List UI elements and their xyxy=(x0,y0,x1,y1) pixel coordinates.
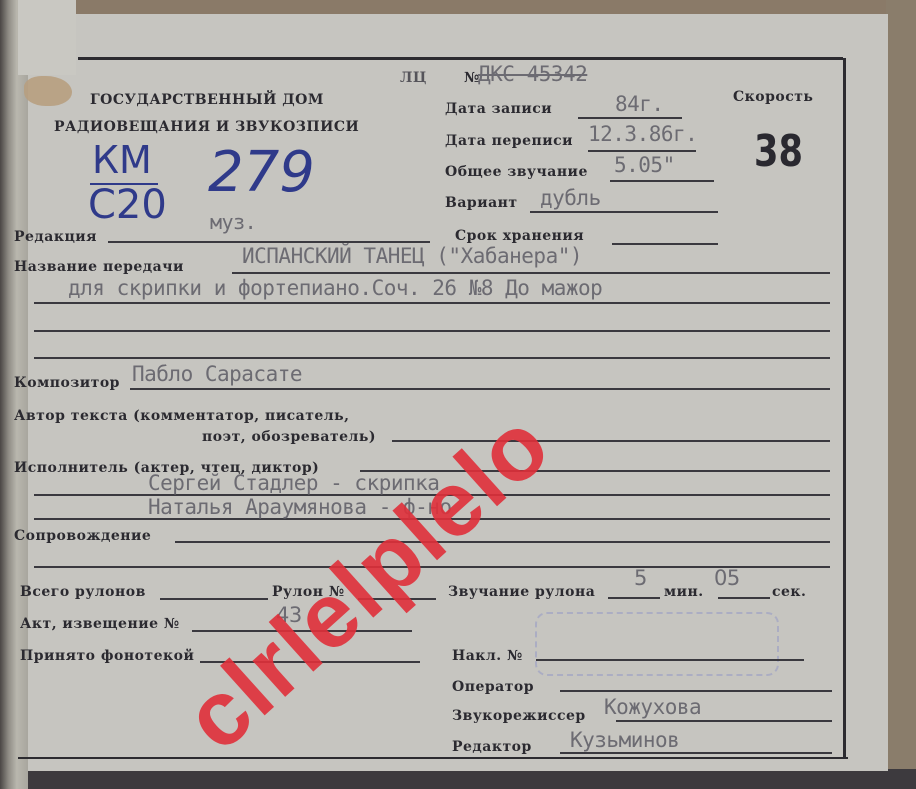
operator-line xyxy=(560,690,832,692)
blank-line-1 xyxy=(34,330,830,332)
composer-value: Пабло Сарасате xyxy=(132,362,302,386)
speed-label: Скорость xyxy=(733,89,813,105)
faded-blue-stamp xyxy=(535,612,779,676)
roll-sec-value: 05 xyxy=(714,566,740,590)
editorial-line xyxy=(108,241,430,243)
variant-line xyxy=(530,211,718,213)
editor-value: Кузьминов xyxy=(570,728,679,752)
frame-top-line xyxy=(78,57,843,60)
sound-engineer-line xyxy=(616,720,832,722)
handwritten-code-top: КМ xyxy=(92,138,152,182)
total-rolls-line xyxy=(160,598,268,600)
total-rolls-label: Всего рулонов xyxy=(20,584,146,600)
speed-value: 38 xyxy=(754,126,803,177)
record-date-line xyxy=(578,117,682,119)
org-name-line2: РАДИОВЕЩАНИЯ И ЗВУКОЗПИСИ xyxy=(54,119,359,135)
invoice-line xyxy=(536,659,804,661)
accompaniment-label: Сопровождение xyxy=(14,528,151,544)
handwritten-number: 279 xyxy=(208,140,315,205)
min-label: мин. xyxy=(664,584,704,600)
roll-sec-line xyxy=(718,597,770,599)
storage-label: Срок хранения xyxy=(455,228,584,244)
editor-label: Редактор xyxy=(452,739,532,755)
sound-engineer-label: Звукорежиссер xyxy=(452,708,586,724)
title-label: Название передачи xyxy=(14,259,184,275)
spine-tab xyxy=(18,0,76,75)
blank-line-2 xyxy=(34,357,830,359)
editorial-label: Редакция xyxy=(14,229,97,245)
variant-label: Вариант xyxy=(445,195,518,211)
total-duration-line xyxy=(610,180,714,182)
composer-label: Композитор xyxy=(14,375,120,391)
title-value-line2: для скрипки и фортепиано.Соч. 26 №8 До м… xyxy=(68,276,602,300)
act-label: Акт, извещение № xyxy=(20,616,180,632)
editorial-value: муз. xyxy=(210,210,256,234)
accepted-label: Принято фонотекой xyxy=(20,648,194,664)
org-name-line1: ГОСУДАРСТВЕННЫЙ ДОМ xyxy=(90,92,324,108)
variant-value: дубль xyxy=(540,186,601,210)
accompaniment-line xyxy=(175,541,830,543)
sound-engineer-value: Кожухова xyxy=(604,695,701,719)
frame-right-line xyxy=(843,58,846,758)
paper-stain xyxy=(24,76,72,106)
text-author-label: Автор текста (комментатор, писатель, xyxy=(14,408,350,424)
editor-line xyxy=(560,752,832,754)
background-top xyxy=(0,0,916,14)
invoice-label: Накл. № xyxy=(452,648,523,664)
lc-label: ЛЦ xyxy=(400,70,427,86)
rewrite-date-value: 12.3.86г. xyxy=(588,122,697,146)
background-bottom xyxy=(0,769,916,789)
rewrite-date-label: Дата переписи xyxy=(445,133,573,149)
roll-min-value: 5 xyxy=(634,566,647,590)
operator-label: Оператор xyxy=(452,679,534,695)
handwritten-code-bottom: С20 xyxy=(88,182,167,228)
rewrite-date-line xyxy=(588,150,696,152)
composer-line xyxy=(130,388,830,390)
record-number: ДКС-45342 xyxy=(478,62,587,86)
text-author-label-2: поэт, обозреватель) xyxy=(202,429,376,445)
title-line1 xyxy=(232,272,830,274)
title-value-line1: ИСПАНСКИЙ ТАНЕЦ ("Хабанера") xyxy=(242,244,582,268)
storage-line xyxy=(612,243,718,245)
title-line2 xyxy=(34,302,830,304)
total-duration-value: 5.05" xyxy=(614,153,675,177)
roll-duration-label: Звучание рулона xyxy=(448,584,595,600)
folder-spine xyxy=(0,0,28,789)
record-date-label: Дата записи xyxy=(445,101,552,117)
frame-bottom-line xyxy=(18,757,848,759)
background-right xyxy=(886,0,916,789)
roll-min-line xyxy=(608,597,660,599)
record-date-value: 84г. xyxy=(615,92,664,116)
total-duration-label: Общее звучание xyxy=(445,164,588,180)
sec-label: сек. xyxy=(772,584,806,600)
